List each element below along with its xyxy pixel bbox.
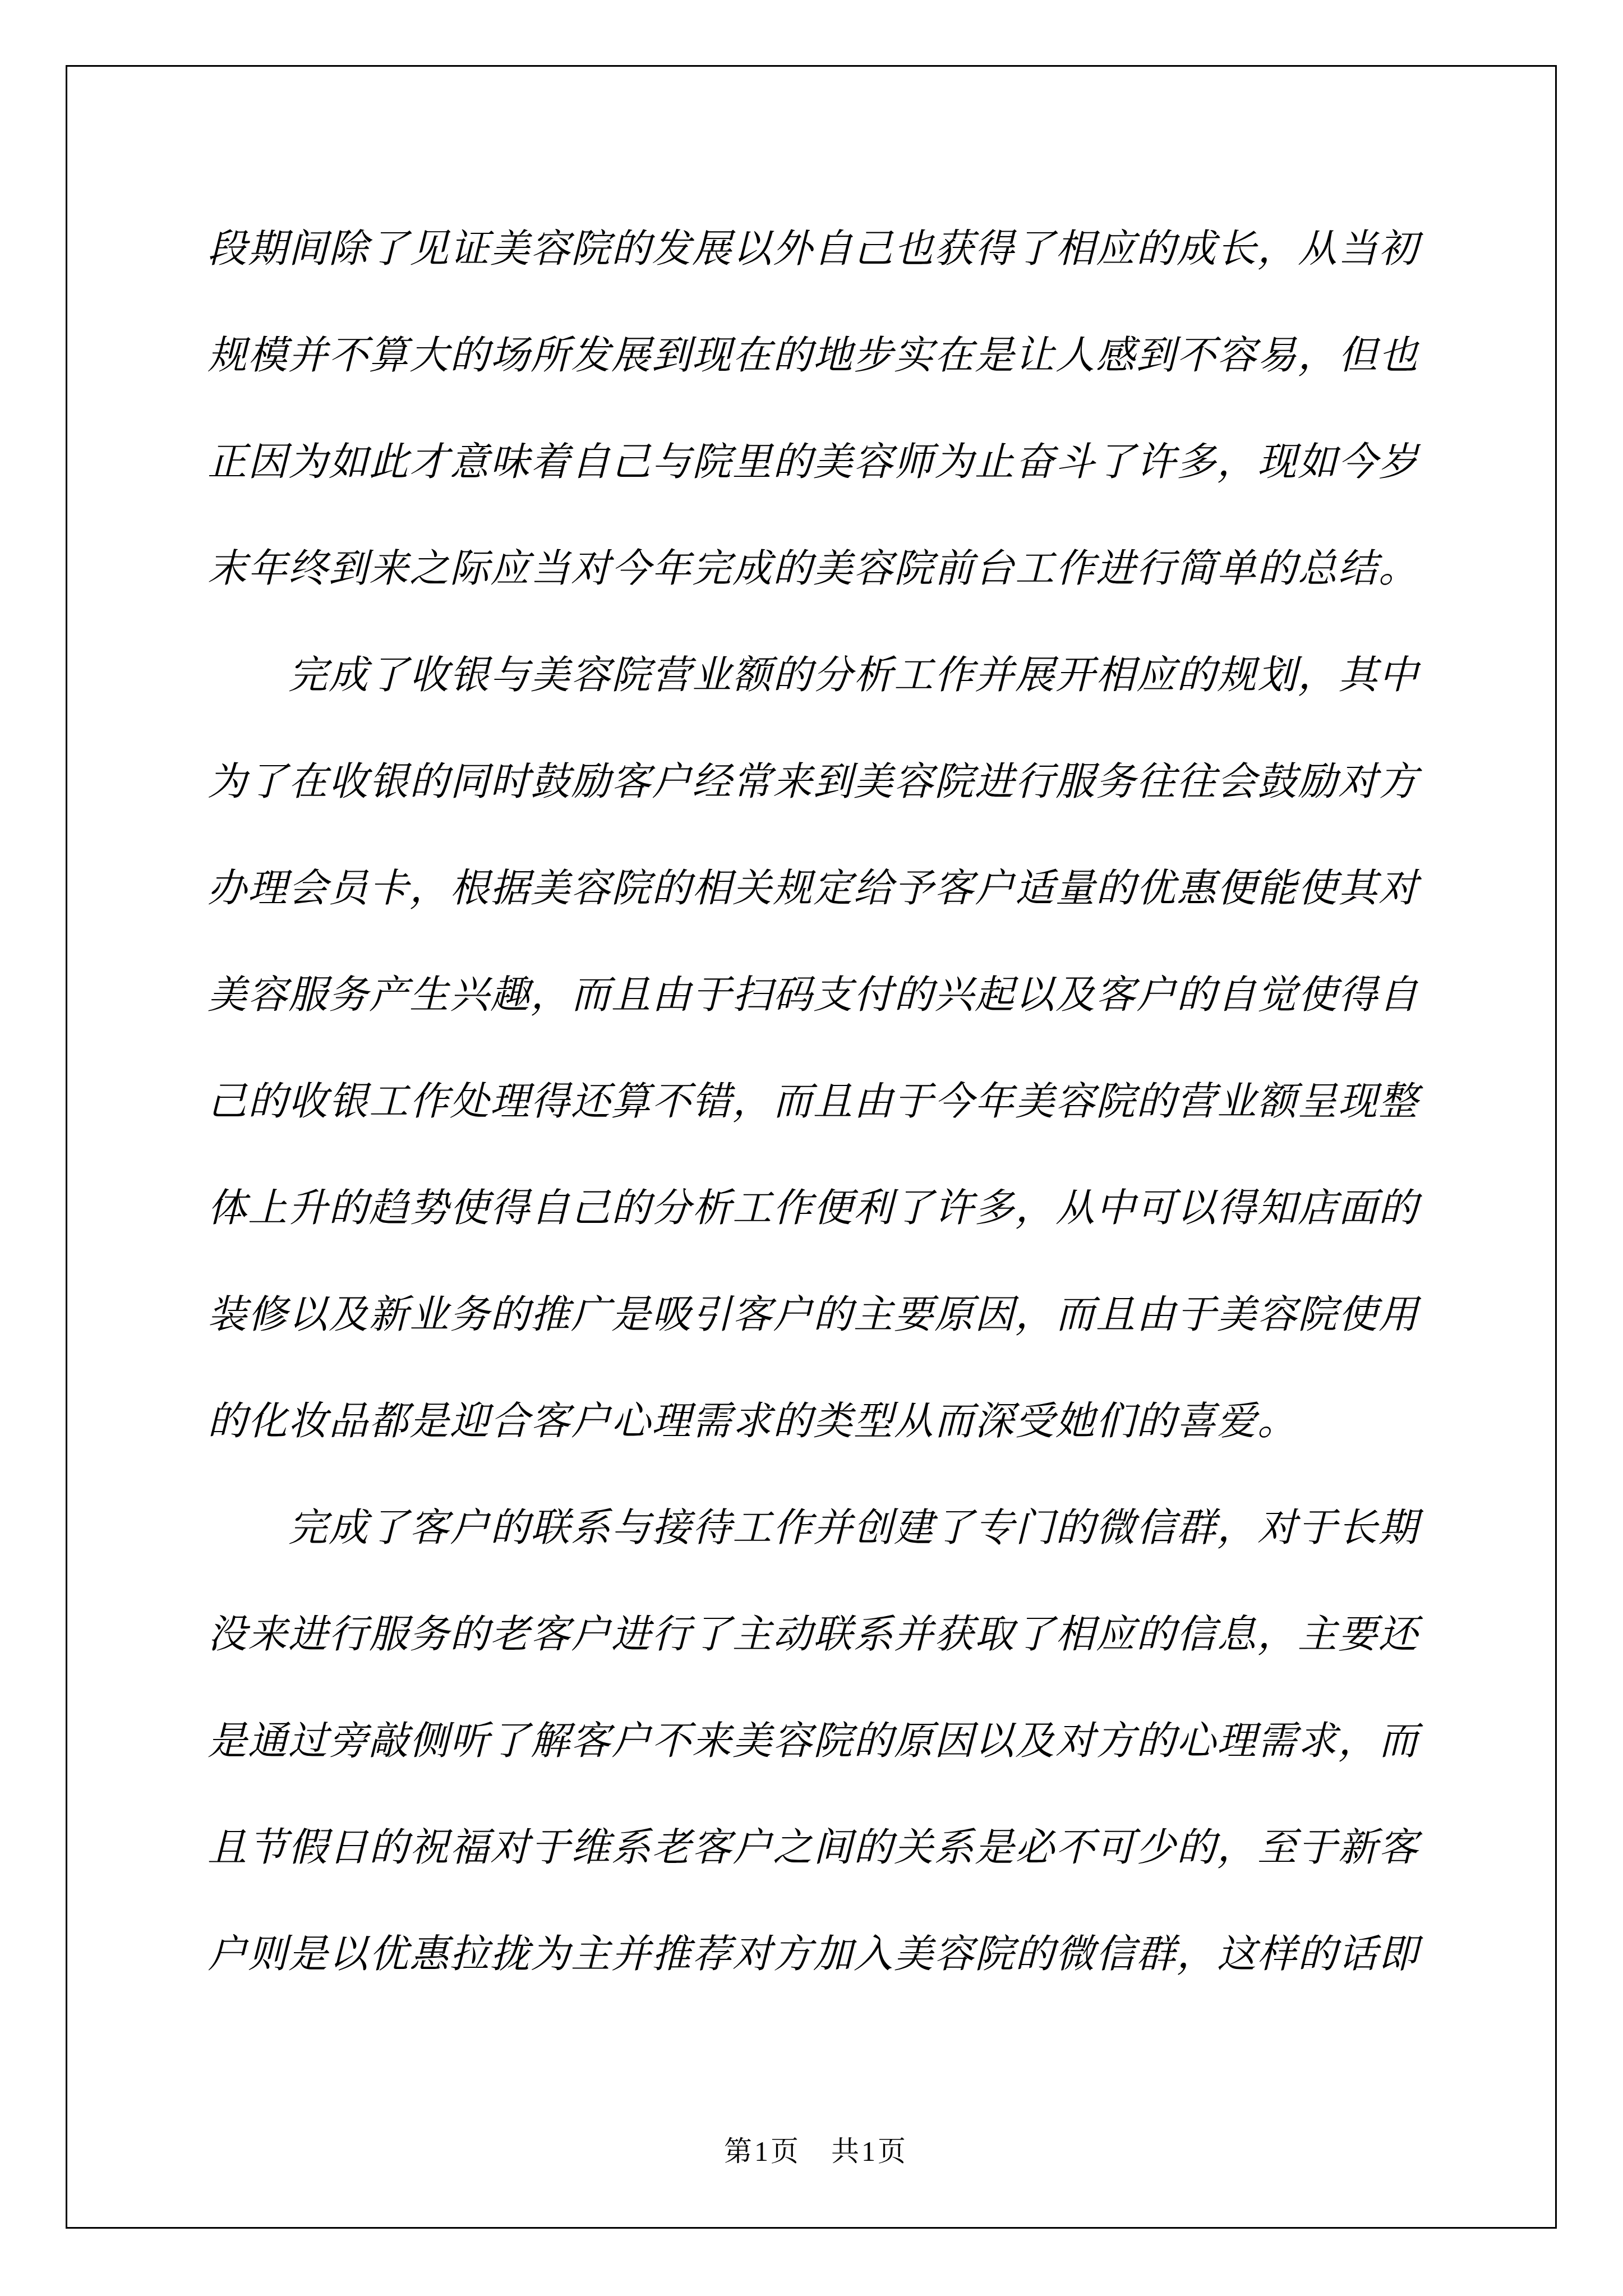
document-line: 办理会员卡，根据美容院的相关规定给予客户适量的优惠便能使其对 bbox=[208, 836, 1424, 942]
paragraph: 完成了收银与美容院营业额的分析工作并展开相应的规划，其中为了在收银的同时鼓励客户… bbox=[208, 623, 1424, 1475]
document-line: 没来进行服务的老客户进行了主动联系并获取了相应的信息，主要还 bbox=[208, 1582, 1424, 1688]
document-line: 户则是以优惠拉拢为主并推荐对方加入美容院的微信群，这样的话即 bbox=[208, 1902, 1424, 2008]
document-line: 完成了客户的联系与接待工作并创建了专门的微信群，对于长期 bbox=[208, 1475, 1424, 1582]
document-line: 且节假日的祝福对于维系老客户之间的关系是必不可少的，至于新客 bbox=[208, 1795, 1424, 1902]
document-line: 己的收银工作处理得还算不错，而且由于今年美容院的营业额呈现整 bbox=[208, 1049, 1424, 1156]
document-line: 装修以及新业务的推广是吸引客户的主要原因，而且由于美容院使用 bbox=[208, 1262, 1424, 1369]
document-line: 规模并不算大的场所发展到现在的地步实在是让人感到不容易，但也 bbox=[208, 303, 1424, 409]
paragraph: 段期间除了见证美容院的发展以外自己也获得了相应的成长，从当初规模并不算大的场所发… bbox=[208, 196, 1424, 623]
document-page: 段期间除了见证美容院的发展以外自己也获得了相应的成长，从当初规模并不算大的场所发… bbox=[0, 0, 1623, 2296]
document-line: 完成了收银与美容院营业额的分析工作并展开相应的规划，其中 bbox=[208, 623, 1424, 729]
document-line: 为了在收银的同时鼓励客户经常来到美容院进行服务往往会鼓励对方 bbox=[208, 729, 1424, 836]
page-footer: 第1页 共1页 bbox=[208, 2126, 1424, 2177]
document-line: 体上升的趋势使得自己的分析工作便利了许多，从中可以得知店面的 bbox=[208, 1156, 1424, 1262]
document-line: 是通过旁敲侧听了解客户不来美容院的原因以及对方的心理需求，而 bbox=[208, 1688, 1424, 1795]
document-body: 段期间除了见证美容院的发展以外自己也获得了相应的成长，从当初规模并不算大的场所发… bbox=[208, 196, 1424, 2008]
document-line: 末年终到来之际应当对今年完成的美容院前台工作进行简单的总结。 bbox=[208, 516, 1424, 623]
paragraph: 完成了客户的联系与接待工作并创建了专门的微信群，对于长期没来进行服务的老客户进行… bbox=[208, 1475, 1424, 2008]
document-line: 的化妆品都是迎合客户心理需求的类型从而深受她们的喜爱。 bbox=[208, 1369, 1424, 1475]
document-line: 段期间除了见证美容院的发展以外自己也获得了相应的成长，从当初 bbox=[208, 196, 1424, 303]
page-number-label: 第1页 共1页 bbox=[724, 2136, 908, 2167]
document-line: 正因为如此才意味着自己与院里的美容师为止奋斗了许多，现如今岁 bbox=[208, 409, 1424, 516]
document-line: 美容服务产生兴趣，而且由于扫码支付的兴起以及客户的自觉使得自 bbox=[208, 942, 1424, 1049]
